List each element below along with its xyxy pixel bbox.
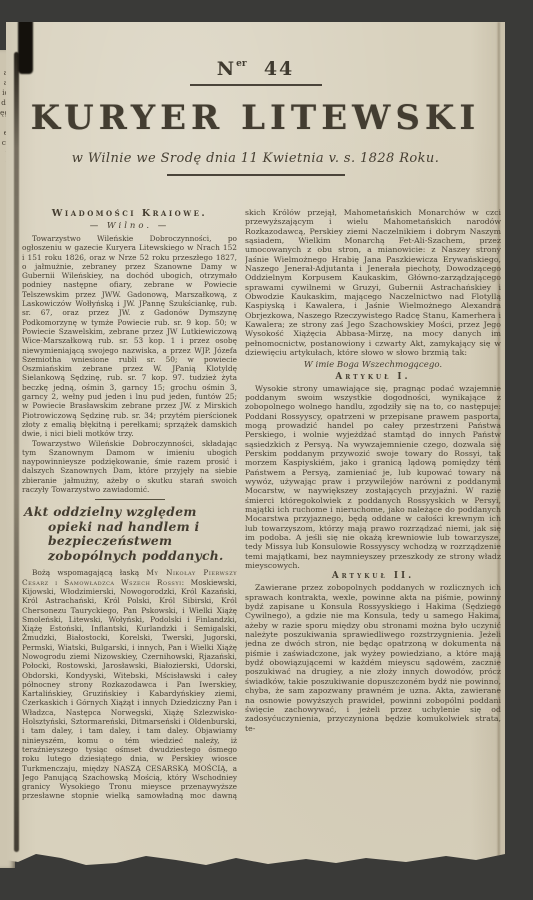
place-heading: — Wilno. — xyxy=(22,221,237,232)
issue-number: Ner 44 xyxy=(6,58,505,80)
column-gap xyxy=(237,208,245,802)
paragraph: Zawierane przez zobopolnych poddanych w … xyxy=(245,583,501,733)
paragraph: Wysokie strony umawiające się, pragnąc p… xyxy=(245,384,501,571)
newspaper-page: Ner 44 KURYER LITEWSKI w Wilnie we Srodę… xyxy=(6,22,505,867)
paragraph-rest: Moskiewski, Kijowski, Włodzimierski, Now… xyxy=(22,578,237,802)
header-rule-bottom xyxy=(167,174,345,176)
section-divider-rule xyxy=(95,499,165,500)
article-1-heading: Artykuł I. xyxy=(245,372,501,383)
paragraph: Bożą wspomagającą łaską My Nikołay Pierw… xyxy=(22,568,237,802)
newspaper-title: KURYER LITEWSKI xyxy=(6,98,505,138)
issue-prefix: N xyxy=(217,58,236,80)
paragraph: Towarzystwo Wileńskie Dobroczynności, sk… xyxy=(22,439,237,495)
article-columns: Wiadomości Kraiowe. — Wilno. — Towarzyst… xyxy=(22,208,501,802)
paragraph: Towarzystwo Wileńskie Dobroczynności, po… xyxy=(22,234,237,439)
act-heading: Akt oddzielny względem opieki nad handle… xyxy=(22,505,237,563)
dateline: w Wilnie we Srodę dnia 11 Kwietnia v. s.… xyxy=(6,151,505,166)
paragraph-lead: Bożą wspomagającą łaską xyxy=(32,568,146,577)
section-heading: Wiadomości Kraiowe. xyxy=(22,208,237,219)
header-rule-top xyxy=(190,84,322,86)
masthead-block: Ner 44 KURYER LITEWSKI w Wilnie we Srodę… xyxy=(6,22,505,176)
paragraph: skich Królów przejął, Mahometańskich Mon… xyxy=(245,208,501,358)
right-column: skich Królów przejął, Mahometańskich Mon… xyxy=(245,208,501,802)
issue-sup: er xyxy=(236,59,246,69)
issue-value: 44 xyxy=(264,58,294,80)
left-column: Wiadomości Kraiowe. — Wilno. — Towarzyst… xyxy=(22,208,237,802)
invocation-line: W imie Boga Wszechmogącego. xyxy=(245,360,501,371)
article-2-heading: Artykuł II. xyxy=(245,571,501,582)
